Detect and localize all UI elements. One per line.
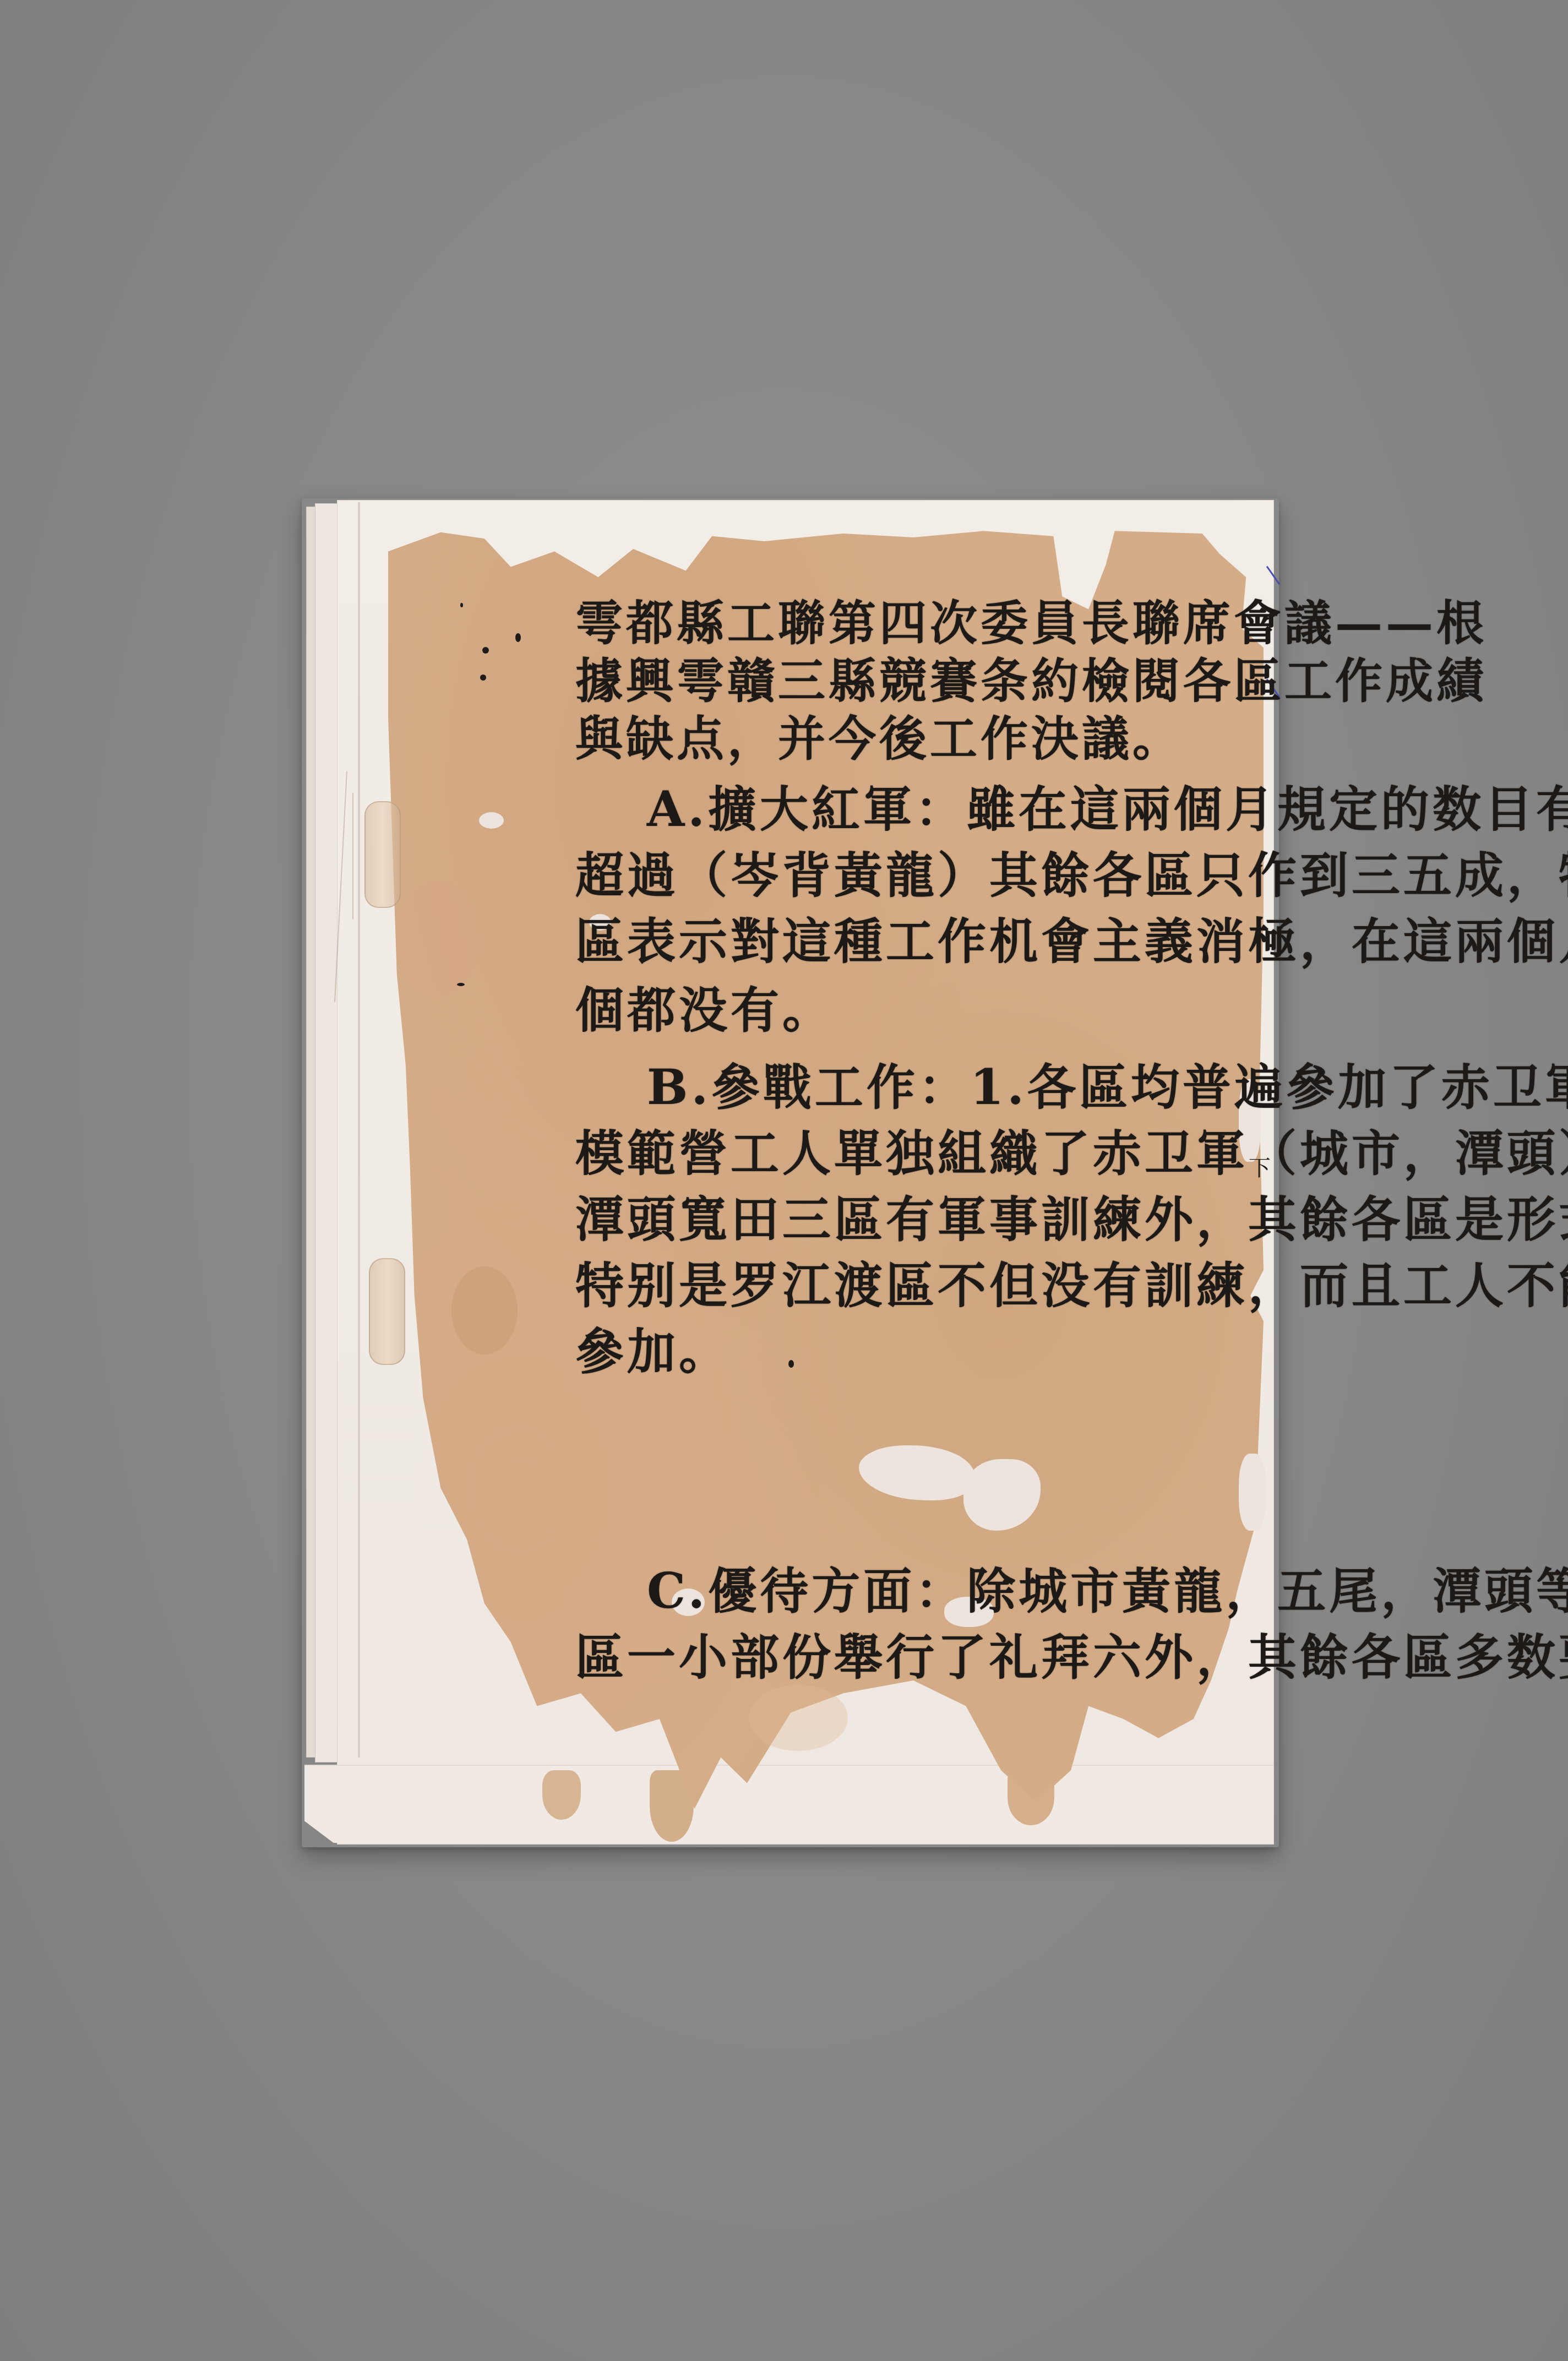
section-a-line-4: 個都没有。	[575, 986, 834, 1034]
paper-crease	[352, 793, 353, 920]
title-line-1: 雩都縣工聯第四次委員長聯席會議——根	[575, 600, 1487, 648]
binding-tape-strip	[364, 801, 401, 908]
ink-speck	[515, 633, 521, 642]
water-stain	[396, 881, 479, 997]
section-b-line-3: 潭頭寬田三區有軍事訓練外，其餘各區是形式組织	[575, 1195, 1568, 1243]
section-a-line-1: A.擴大紅軍：雖在這兩個月規定的数目有兩區	[647, 785, 1568, 833]
title-line-2: 據興雩贛三縣競賽条約檢閱各區工作成績	[575, 658, 1487, 705]
section-c-line-1: C.優待方面：除城市黃龍，五尾，潭頭等四	[647, 1566, 1568, 1615]
ink-speck	[457, 983, 465, 986]
margin-note: 下	[1249, 1151, 1271, 1182]
section-b-line-2: 模範營工人單独組織了赤卫軍（城市，潭頭）除城市	[575, 1129, 1568, 1177]
paper-loss-patch	[1239, 1454, 1266, 1531]
water-stain	[451, 1266, 518, 1354]
water-stain	[749, 1685, 848, 1751]
ink-speck	[788, 1360, 794, 1368]
section-b-line-4: 特别是罗江渡區不但没有訓練，而且工人不能完全	[575, 1261, 1568, 1309]
paper-fragment	[542, 1770, 581, 1820]
section-a-line-2: 超過（岑背黃龍）其餘各區只作到三五成，特别是城	[575, 851, 1568, 899]
binding-tape-strip	[369, 1258, 405, 1365]
section-c-line-2: 區一小部份舉行了礼拜六外，其餘各區多数要	[575, 1633, 1568, 1681]
title-line-3: 與缺点，并今後工作決議。	[575, 716, 1183, 763]
section-b-line-1: B.參戰工作：1.各區均普遍參加了赤卫軍	[647, 1063, 1568, 1111]
ink-speck	[460, 603, 463, 607]
ink-speck	[482, 647, 489, 654]
section-a-line-3: 區表示對這種工作机會主義消極，在這兩個月當中半	[575, 917, 1568, 965]
binding-fold-line	[358, 502, 360, 1758]
section-b-line-5: 參加。	[575, 1327, 731, 1375]
ink-speck	[480, 674, 486, 681]
mount-bottom-flap	[304, 1765, 1273, 1843]
paper-loss-patch	[479, 812, 504, 829]
